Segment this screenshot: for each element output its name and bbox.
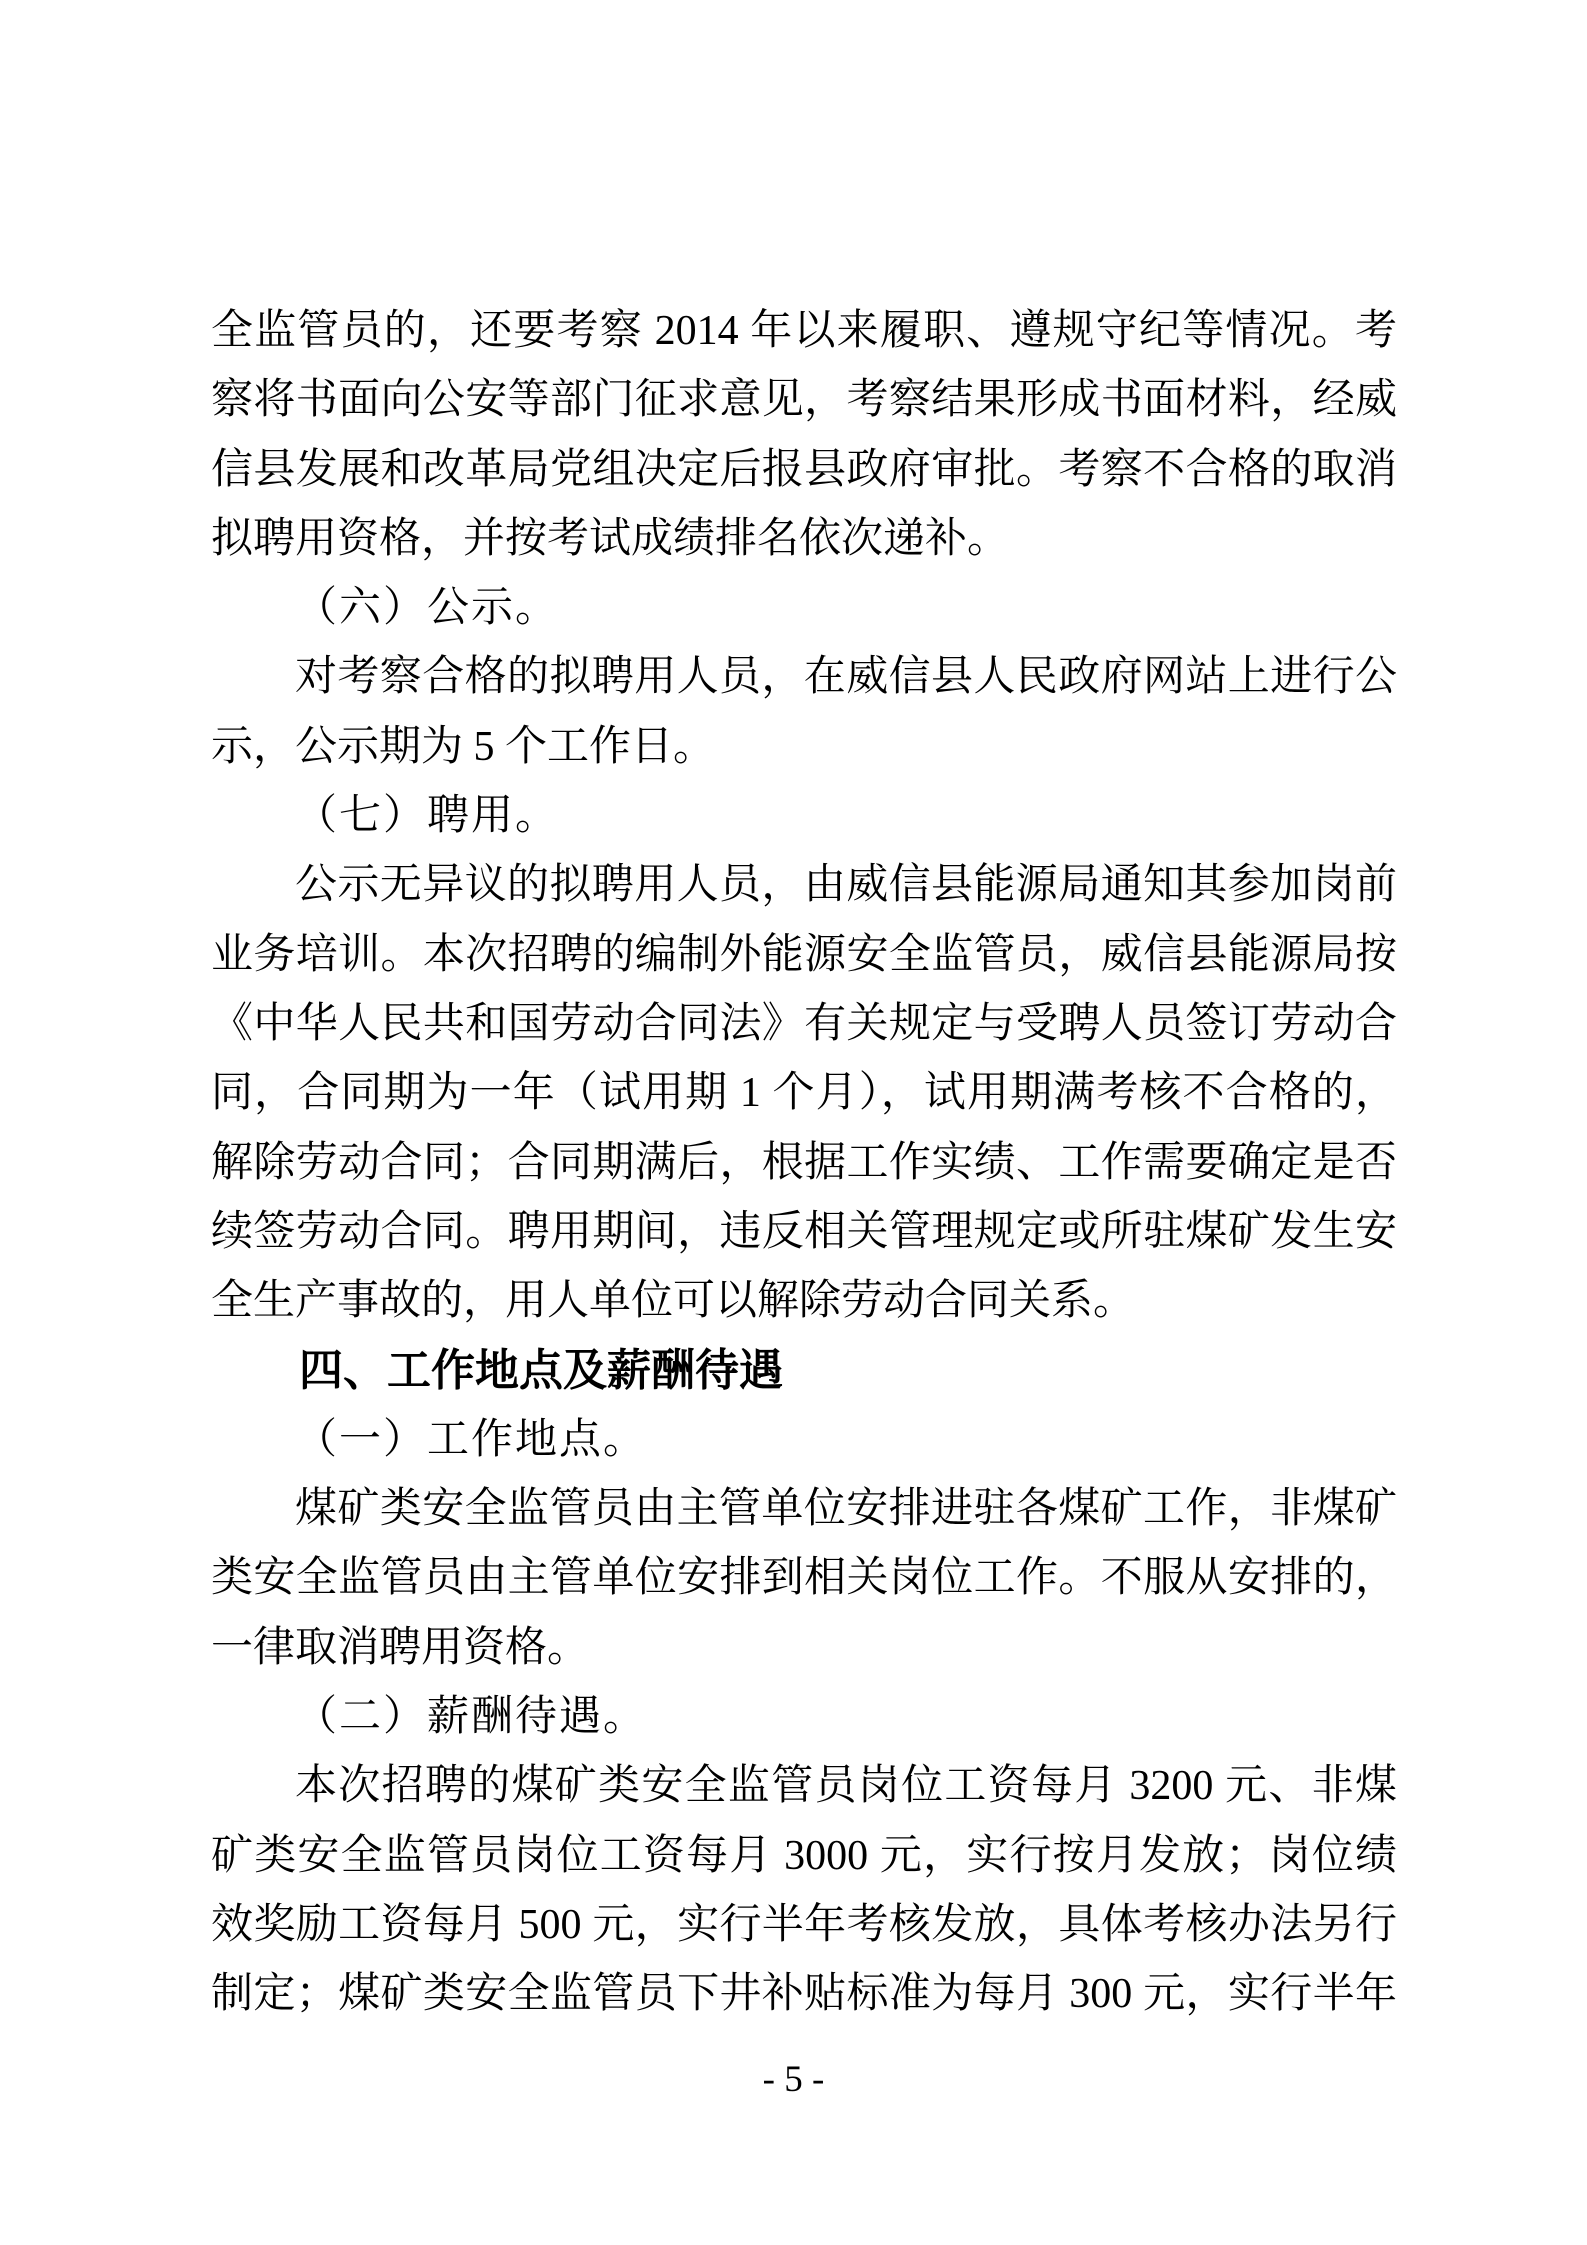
sub-heading: （一）工作地点。 (211, 1406, 1397, 1475)
body-text-line: 察将书面向公安等部门征求意见，考察结果形成书面材料，经威 (211, 366, 1397, 435)
body-text-line: 业务培训。本次招聘的编制外能源安全监管员，威信县能源局按 (211, 921, 1397, 990)
document-page: 全监管员的，还要考察 2014 年以来履职、遵规守纪等情况。考察将书面向公安等部… (0, 0, 1587, 2245)
sub-heading: （七）聘用。 (211, 782, 1397, 851)
body-text-line: 信县发展和改革局党组决定后报县政府审批。考察不合格的取消 (211, 436, 1397, 505)
body-text-line: 拟聘用资格，并按考试成绩排名依次递补。 (211, 505, 1397, 574)
body-text-line: 全监管员的，还要考察 2014 年以来履职、遵规守纪等情况。考 (211, 297, 1397, 366)
sub-heading: （六）公示。 (211, 574, 1397, 643)
document-body: 全监管员的，还要考察 2014 年以来履职、遵规守纪等情况。考察将书面向公安等部… (211, 297, 1397, 2029)
body-text-line: 全生产事故的，用人单位可以解除劳动合同关系。 (211, 1267, 1397, 1336)
body-text-line: 《中华人民共和国劳动合同法》有关规定与受聘人员签订劳动合 (211, 990, 1397, 1059)
section-heading: 四、工作地点及薪酬待遇 (211, 1336, 1397, 1405)
body-text-line: 本次招聘的煤矿类安全监管员岗位工资每月 3200 元、非煤 (211, 1752, 1397, 1821)
body-text-line: 对考察合格的拟聘用人员，在威信县人民政府网站上进行公 (211, 643, 1397, 712)
body-text-line: 示，公示期为 5 个工作日。 (211, 713, 1397, 782)
body-text-line: 一律取消聘用资格。 (211, 1614, 1397, 1683)
body-text-line: 煤矿类安全监管员由主管单位安排进驻各煤矿工作，非煤矿 (211, 1475, 1397, 1544)
body-text-line: 类安全监管员由主管单位安排到相关岗位工作。不服从安排的， (211, 1544, 1397, 1613)
body-text-line: 效奖励工资每月 500 元，实行半年考核发放，具体考核办法另行 (211, 1891, 1397, 1960)
page-number: - 5 - (0, 2058, 1587, 2102)
body-text-line: 矿类安全监管员岗位工资每月 3000 元，实行按月发放；岗位绩 (211, 1822, 1397, 1891)
body-text-line: 解除劳动合同；合同期满后，根据工作实绩、工作需要确定是否 (211, 1129, 1397, 1198)
body-text-line: 制定；煤矿类安全监管员下井补贴标准为每月 300 元，实行半年 (211, 1960, 1397, 2029)
body-text-line: 公示无异议的拟聘用人员，由威信县能源局通知其参加岗前 (211, 851, 1397, 920)
body-text-line: 同，合同期为一年（试用期 1 个月），试用期满考核不合格的， (211, 1059, 1397, 1128)
sub-heading: （二）薪酬待遇。 (211, 1683, 1397, 1752)
body-text-line: 续签劳动合同。聘用期间，违反相关管理规定或所驻煤矿发生安 (211, 1198, 1397, 1267)
